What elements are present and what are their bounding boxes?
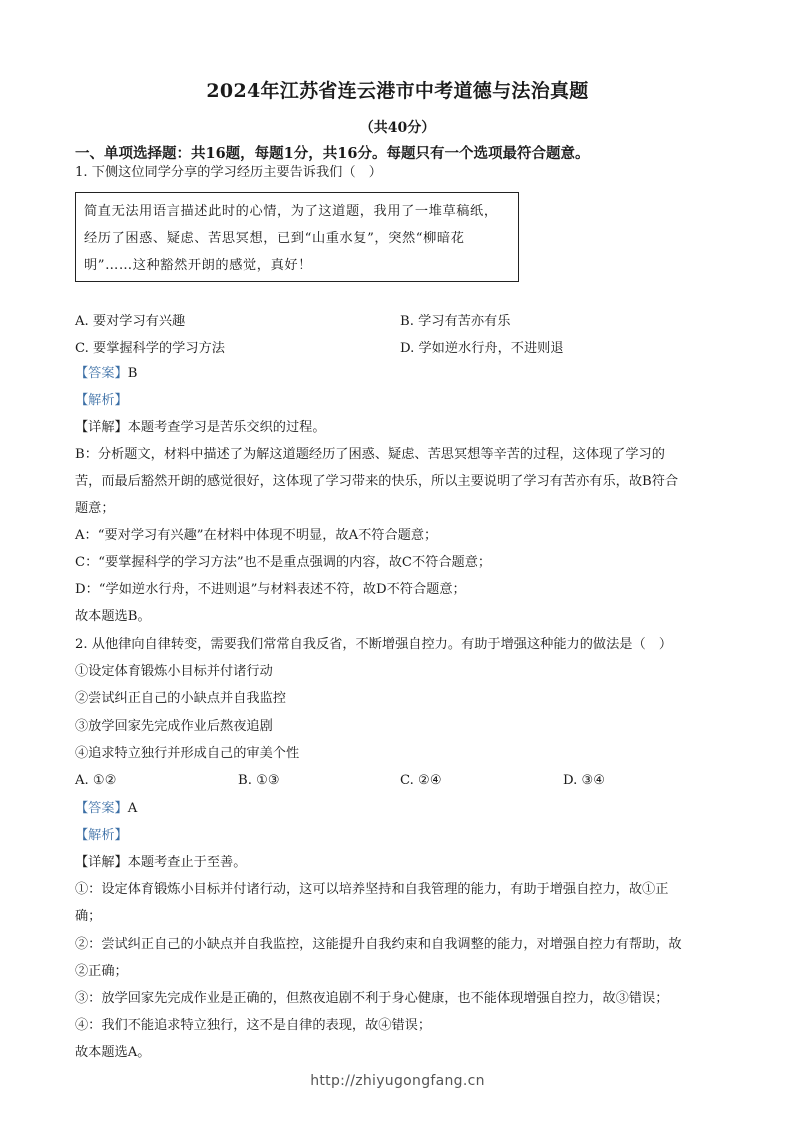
q1-quote-box: 简直无法用语言描述此时的心情，为了这道题，我用了一堆草稿纸， 经历了困惑、疑虑、…	[75, 192, 519, 282]
q1-option-c: C. 要掌握科学的学习方法	[75, 337, 225, 356]
quote-line: 经历了困惑、疑虑、苦思冥想，已到“山重水复”，突然“柳暗花	[84, 227, 465, 246]
q2-option-a: A. ①②	[75, 773, 117, 788]
explanation-line: 题意；	[75, 500, 115, 518]
q2-statement: ①设定体育锻炼小目标并付诸行动	[75, 663, 273, 681]
q2-stem: 2. 从他律向自律转变，需要我们常常自我反省，不断增强自控力。有助于增强这种能力…	[75, 636, 672, 654]
explanation-line: ④：我们不能追求特立独行，这不是自律的表现，故④错误；	[75, 1017, 431, 1035]
q2-statement: ③放学回家先完成作业后熬夜追剧	[75, 718, 273, 736]
explanation-line: C：“要掌握科学的学习方法”也不是重点强调的内容，故C不符合题意；	[75, 554, 491, 572]
q1-option-d: D. 学如逆水行舟，不进则退	[400, 337, 564, 356]
q2-option-c: C. ②④	[400, 773, 442, 788]
explanation-line: 确；	[75, 908, 101, 926]
q1-analysis-tag: 【解析】	[75, 392, 128, 410]
page-title: 2024年江苏省连云港市中考道德与法治真题	[0, 76, 795, 103]
q1-answer: 【答案】B	[75, 365, 137, 383]
q2-option-b: B. ①③	[238, 773, 280, 788]
explanation-line: A：“要对学习有兴趣”在材料中体现不明显，故A不符合题意；	[75, 527, 437, 545]
answer-value: A	[128, 801, 138, 816]
answer-tag: 【答案】	[75, 801, 128, 816]
explanation-line: B：分析题文，材料中描述了为解这道题经历了困惑、疑虑、苦思冥想等辛苦的过程，这体…	[75, 446, 665, 464]
detail-tag: 【详解】	[75, 420, 128, 435]
q2-detail: 【详解】本题考查止于至善。	[75, 854, 246, 872]
total-score: （共40分）	[0, 117, 795, 137]
q2-option-d: D. ③④	[563, 773, 605, 788]
document-page: 2024年江苏省连云港市中考道德与法治真题 （共40分） 一、单项选择题：共16…	[0, 0, 795, 1125]
explanation-line: ①：设定体育锻炼小目标并付诸行动，这可以培养坚持和自我管理的能力，有助于增强自控…	[75, 881, 668, 899]
detail-tag: 【详解】	[75, 855, 128, 870]
q2-answer: 【答案】A	[75, 800, 137, 818]
footer-url: http://zhiyugongfang.cn	[0, 1073, 795, 1089]
answer-tag: 【答案】	[75, 366, 128, 381]
q2-statement: ②尝试纠正自己的小缺点并自我监控	[75, 690, 286, 708]
q1-option-b: B. 学习有苦亦有乐	[400, 310, 510, 329]
section-heading: 一、单项选择题：共16题，每题1分，共16分。每题只有一个选项最符合题意。	[75, 142, 589, 163]
q2-analysis-tag: 【解析】	[75, 827, 128, 845]
q2-statement: ④追求特立独行并形成自己的审美个性	[75, 745, 299, 763]
conclusion-line: 故本题选A。	[75, 1044, 150, 1062]
q1-option-a: A. 要对学习有兴趣	[75, 310, 185, 329]
detail-text: 本题考查止于至善。	[128, 855, 247, 870]
explanation-line: ②：尝试纠正自己的小缺点并自我监控，这能提升自我约束和自我调整的能力，对增强自控…	[75, 936, 682, 954]
q1-stem: 1. 下侧这位同学分享的学习经历主要告诉我们（ ）	[75, 164, 382, 182]
explanation-line: ②正确；	[75, 963, 128, 981]
conclusion-line: 故本题选B。	[75, 608, 151, 626]
analysis-tag: 【解析】	[75, 828, 128, 843]
explanation-line: D：“学如逆水行舟，不进则退”与材料表述不符，故D不符合题意；	[75, 581, 466, 599]
q1-detail: 【详解】本题考查学习是苦乐交织的过程。	[75, 419, 326, 437]
analysis-tag: 【解析】	[75, 393, 128, 408]
quote-line: 简直无法用语言描述此时的心情，为了这道题，我用了一堆草稿纸，	[84, 200, 498, 219]
answer-value: B	[128, 366, 138, 381]
explanation-line: 苦，而最后豁然开朗的感觉很好，这体现了学习带来的快乐，所以主要说明了学习有苦亦有…	[75, 473, 678, 491]
detail-text: 本题考查学习是苦乐交织的过程。	[128, 420, 326, 435]
explanation-line: ③：放学回家先完成作业是正确的，但熬夜追剧不利于身心健康，也不能体现增强自控力，…	[75, 990, 668, 1008]
quote-line: 明”……这种豁然开朗的感觉，真好！	[84, 254, 312, 273]
